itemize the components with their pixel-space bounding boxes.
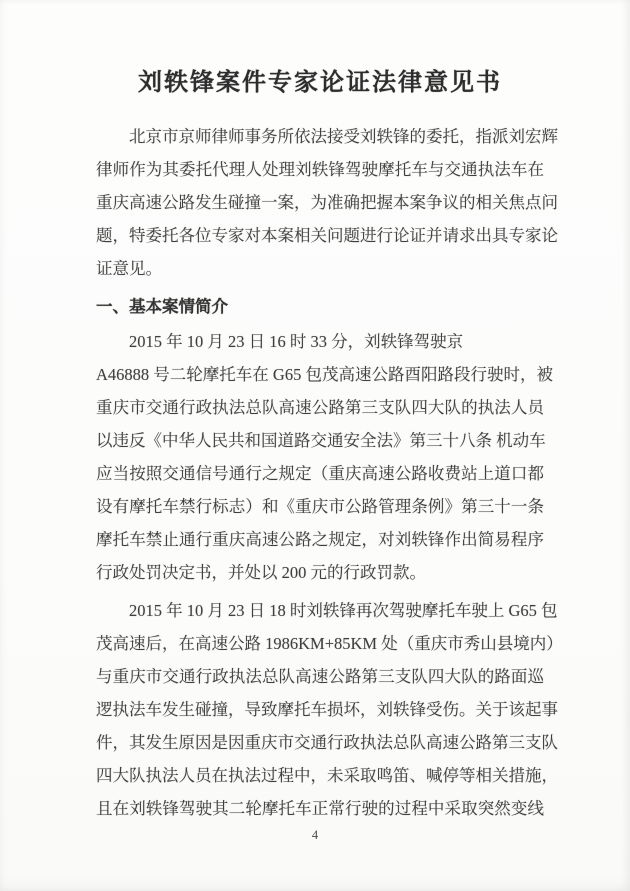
scanned-document-page: 刘轶锋案件专家论证法律意见书 北京市京师律师事务所依法接受刘轶锋的委托，指派刘宏… <box>0 0 630 891</box>
text-line: 北京市京师律师事务所依法接受刘轶锋的委托，指派刘宏辉 <box>96 120 544 153</box>
text-line: A46888 号二轮摩托车在 G65 包茂高速公路酉阳路段行驶时，被 <box>96 358 544 391</box>
page-number: 4 <box>0 828 630 843</box>
text-line: 与重庆市交通行政执法总队高速公路第三支队四大队的路面巡 <box>96 660 544 693</box>
section-heading-basic-case-intro: 一、基本案情简介 <box>96 290 544 323</box>
text-line: 应当按照交通信号通行之规定（重庆高速公路收费站上道口都 <box>96 457 544 490</box>
text-line: 证意见。 <box>96 252 544 285</box>
document-content: 刘轶锋案件专家论证法律意见书 北京市京师律师事务所依法接受刘轶锋的委托，指派刘宏… <box>96 0 544 825</box>
text-line: 设有摩托车禁行标志）和《重庆市公路管理条例》第三十一条 <box>96 490 544 523</box>
paragraph-case-facts-2: 2015 年 10 月 23 日 18 时刘轶锋再次驾驶摩托车驶上 G65 包 … <box>96 594 544 825</box>
text-line: 行政处罚决定书，并处以 200 元的行政罚款。 <box>96 556 544 589</box>
text-line: 重庆高速公路发生碰撞一案，为准确把握本案争议的相关焦点问 <box>96 186 544 219</box>
text-line: 四大队执法人员在执法过程中，未采取鸣笛、喊停等相关措施， <box>96 759 544 792</box>
document-title: 刘轶锋案件专家论证法律意见书 <box>96 64 544 102</box>
text-line: 2015 年 10 月 23 日 18 时刘轶锋再次驾驶摩托车驶上 G65 包 <box>96 594 544 627</box>
text-line: 题，特委托各位专家对本案相关问题进行论证并请求出具专家论 <box>96 219 544 252</box>
text-line: 且在刘轶锋驾驶其二轮摩托车正常行驶的过程中采取突然变线 <box>96 792 544 825</box>
paragraph-intro: 北京市京师律师事务所依法接受刘轶锋的委托，指派刘宏辉 律师作为其委托代理人处理刘… <box>96 120 544 285</box>
text-line: 逻执法车发生碰撞，导致摩托车损坏，刘轶锋受伤。关于该起事 <box>96 693 544 726</box>
paragraph-case-facts-1: 2015 年 10 月 23 日 16 时 33 分，刘轶锋驾驶京 A46888… <box>96 325 544 589</box>
text-line: 摩托车禁止通行重庆高速公路之规定，对刘轶锋作出简易程序 <box>96 523 544 556</box>
text-line: 重庆市交通行政执法总队高速公路第三支队四大队的执法人员 <box>96 391 544 424</box>
text-line: 2015 年 10 月 23 日 16 时 33 分，刘轶锋驾驶京 <box>96 325 544 358</box>
text-line: 以违反《中华人民共和国道路交通安全法》第三十八条 机动车 <box>96 424 544 457</box>
text-line: 件，其发生原因是因重庆市交通行政执法总队高速公路第三支队 <box>96 726 544 759</box>
text-line: 律师作为其委托代理人处理刘轶锋驾驶摩托车与交通执法车在 <box>96 153 544 186</box>
text-line: 茂高速后，在高速公路 1986KM+85KM 处（重庆市秀山县境内） <box>96 627 544 660</box>
